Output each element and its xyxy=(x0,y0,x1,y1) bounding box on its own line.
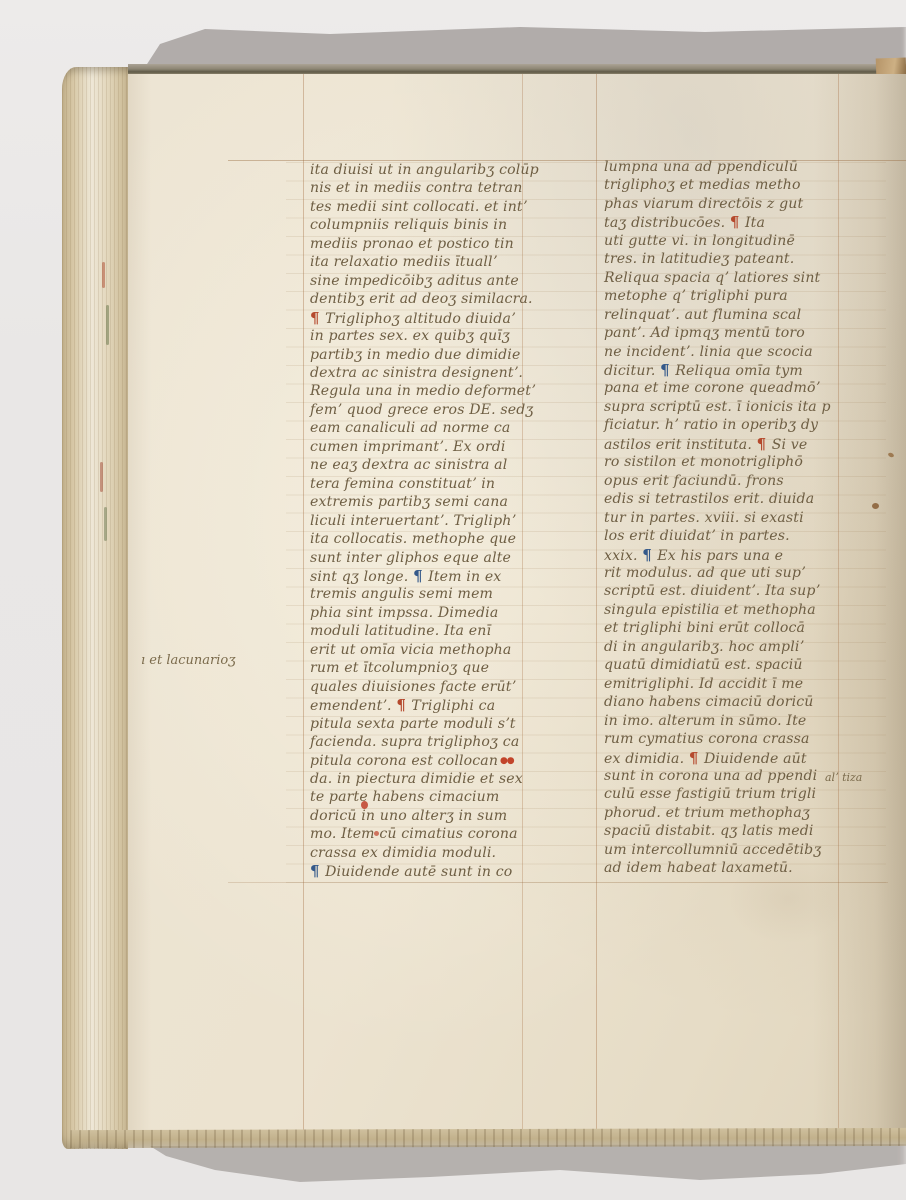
text-line: diano habens cimaciū doricū xyxy=(604,693,831,711)
text-line: relinquatʼ. aut flumina scal xyxy=(604,306,831,324)
text-line: ex dimidia. ¶ Diuidende aūt xyxy=(604,749,831,767)
text-line: ¶ Diuidende autē sunt in co xyxy=(310,862,539,880)
red-capitulum-mark: ¶ xyxy=(757,435,772,453)
red-capitulum-mark: ¶ xyxy=(310,309,325,327)
text-line: rum et ītcolumpnioʒ que xyxy=(310,659,539,677)
text-line: metophe qʼ trigliphi pura xyxy=(604,287,831,305)
text-line: rit modulus. ad que uti supʼ xyxy=(604,564,831,582)
text-line: scriptū est. diuidentʼ. Ita supʼ xyxy=(604,582,831,600)
blue-capitulum-mark: ¶ xyxy=(310,862,325,880)
text-line: phorud. et trium methophaʒ xyxy=(604,804,831,822)
photograph-backdrop: ita diuisi ut in angularibʒ colūpnis et … xyxy=(0,0,906,1200)
text-line: erit ut omīa vicia methopha xyxy=(310,641,539,659)
text-line: singula epistilia et methopha xyxy=(604,601,831,619)
book-fore-edge-page-stack xyxy=(62,67,128,1149)
text-line: pantʼ. Ad ipmqʒ mentū toro xyxy=(604,324,831,342)
text-line: culū esse fastigiū trium trigli xyxy=(604,785,831,803)
red-capitulum-mark: ¶ xyxy=(730,213,745,231)
text-line: da. in piectura dimidie et sex xyxy=(310,770,539,788)
text-line: quatū dimidiatū est. spaciū xyxy=(604,656,831,674)
text-line: um intercollumniū accedētibʒ xyxy=(604,841,831,859)
text-line: pitula sexta parte moduli sʼt xyxy=(310,715,539,733)
text-line: nis et in mediis contra tetran xyxy=(310,179,539,197)
text-line: phia sint impssa. Dimedia xyxy=(310,604,539,622)
text-line: di in angularibʒ. hoc ampliʼ xyxy=(604,638,831,656)
fore-edge-green-streak xyxy=(104,507,107,541)
text-line: doricū in uno alterʒ in sum xyxy=(310,807,539,825)
blue-capitulum-mark: ¶ xyxy=(660,361,675,379)
text-line: ita relaxatio mediis ītuallʼ xyxy=(310,253,539,271)
text-line: pana et ime corone queadmōʼ xyxy=(604,379,831,397)
text-line: dextra ac sinistra designentʼ. xyxy=(310,364,539,382)
text-line: tremis angulis semi mem xyxy=(310,585,539,603)
text-line: extremis partibʒ semi cana xyxy=(310,493,539,511)
red-ink-speck xyxy=(374,831,379,836)
text-line: sint qʒ longe. ¶ Item in ex xyxy=(310,567,539,585)
text-line: quales diuisiones facte erūtʼ xyxy=(310,678,539,696)
text-column-left: ita diuisi ut in angularibʒ colūpnis et … xyxy=(310,161,539,881)
text-line: sine impedicōibʒ aditus ante xyxy=(310,272,539,290)
text-line: trigliphoʒ et medias metho xyxy=(604,176,831,194)
text-line: edis si tetrastilos erit. diuida xyxy=(604,490,831,508)
text-line: Regula una in medio deformetʼ xyxy=(310,382,539,400)
text-line: cumen imprimantʼ. Ex ordi xyxy=(310,438,539,456)
fore-edge-red-streak xyxy=(102,262,105,288)
text-line: spaciū distabit. qʒ latis medi xyxy=(604,822,831,840)
text-line: rum cymatius corona crassa xyxy=(604,730,831,748)
text-line: tes medii sint collocati. et intʼ xyxy=(310,198,539,216)
fore-edge-red-streak xyxy=(100,462,103,492)
red-capitulum-mark: ¶ xyxy=(396,696,411,714)
manuscript-page: ita diuisi ut in angularibʒ colūpnis et … xyxy=(128,74,906,1130)
text-line: mediis pronao et postico tin xyxy=(310,235,539,253)
red-ink-speck xyxy=(361,801,368,809)
text-line: tres. in latitudieʒ pateant. xyxy=(604,250,831,268)
text-line: lumpna una ad ppendiculū xyxy=(604,158,831,176)
text-line: te parte habens cimacium xyxy=(310,788,539,806)
blue-capitulum-mark: ¶ xyxy=(413,567,428,585)
book-bottom-page-edges xyxy=(70,1128,906,1148)
text-line: ne eaʒ dextra ac sinistra al xyxy=(310,456,539,474)
text-line: ne incidentʼ. linia que scocia xyxy=(604,343,831,361)
brown-ink-speck xyxy=(887,452,894,458)
text-line: moduli latitudine. Ita enī xyxy=(310,622,539,640)
text-line: taʒ distribucōes. ¶ Ita xyxy=(604,213,831,231)
text-line: partibʒ in medio due dimidie xyxy=(310,346,539,364)
brown-ink-speck xyxy=(872,503,879,509)
text-line: emendentʼ. ¶ Trigliphi ca xyxy=(310,696,539,714)
text-line: et trigliphi bini erūt collocā xyxy=(604,619,831,637)
text-line: ad idem habeat laxametū. xyxy=(604,859,831,877)
text-line: liculi interuertantʼ. Trigliphʼ xyxy=(310,512,539,530)
text-line: xxix. ¶ Ex his pars una e xyxy=(604,546,831,564)
text-line: supra scriptū est. ī ionicis ita p xyxy=(604,398,831,416)
margin-note-left: ı et lacunarioʒ xyxy=(141,653,236,668)
text-line: mo. Item cū cimatius corona xyxy=(310,825,539,843)
text-line: eam canaliculi ad norme ca xyxy=(310,419,539,437)
text-line: ita collocatis. methophe que xyxy=(310,530,539,548)
text-line: Reliqua spacia qʼ latiores sint xyxy=(604,269,831,287)
text-line: sunt in corona una ad ppendi xyxy=(604,767,831,785)
blue-capitulum-mark: ¶ xyxy=(642,546,657,564)
text-line: dentibʒ erit ad deoʒ similacra. xyxy=(310,290,539,308)
text-line: phas viarum directōis z gut xyxy=(604,195,831,213)
margin-note-right: alʼ tiza xyxy=(825,771,862,784)
text-line: dicitur. ¶ Reliqua omīa tym xyxy=(604,361,831,379)
text-line: tera femina constituatʼ in xyxy=(310,475,539,493)
text-line: pitula corona est collocan ●● xyxy=(310,752,539,770)
text-line: facienda. supra trigliphoʒ ca xyxy=(310,733,539,751)
text-line: in partes sex. ex quibʒ quīʒ xyxy=(310,327,539,345)
text-column-right: lumpna una ad ppendiculūtrigliphoʒ et me… xyxy=(604,158,831,878)
text-line: femʼ quod grece eros DE. sedʒ xyxy=(310,401,539,419)
text-line: columpniis reliquis binis in xyxy=(310,216,539,234)
text-line: sunt inter gliphos eque alte xyxy=(310,549,539,567)
text-line: opus erit faciundū. frons xyxy=(604,472,831,490)
text-line: ficiatur. hʼ ratio in operibʒ dy xyxy=(604,416,831,434)
text-line: astilos erit instituta. ¶ Si ve xyxy=(604,435,831,453)
text-line: tur in partes. xviii. si exasti xyxy=(604,509,831,527)
text-line: ¶ Trigliphoʒ altitudo diuidaʼ xyxy=(310,309,539,327)
text-line: in imo. alterum in sūmo. Ite xyxy=(604,712,831,730)
text-line: crassa ex dimidia moduli. xyxy=(310,844,539,862)
book-top-right-quire-edge xyxy=(876,57,906,75)
text-line: ro sistilon et monotrigliphō xyxy=(604,453,831,471)
red-ink-dots: ●● xyxy=(498,756,514,766)
red-capitulum-mark: ¶ xyxy=(689,749,704,767)
text-line: uti gutte vi. in longitudinē xyxy=(604,232,831,250)
fore-edge-green-streak xyxy=(106,305,109,345)
text-line: los erit diuidatʼ in partes. xyxy=(604,527,831,545)
text-line: emitrigliphi. Id accidit ī me xyxy=(604,675,831,693)
text-line: ita diuisi ut in angularibʒ colūp xyxy=(310,161,539,179)
